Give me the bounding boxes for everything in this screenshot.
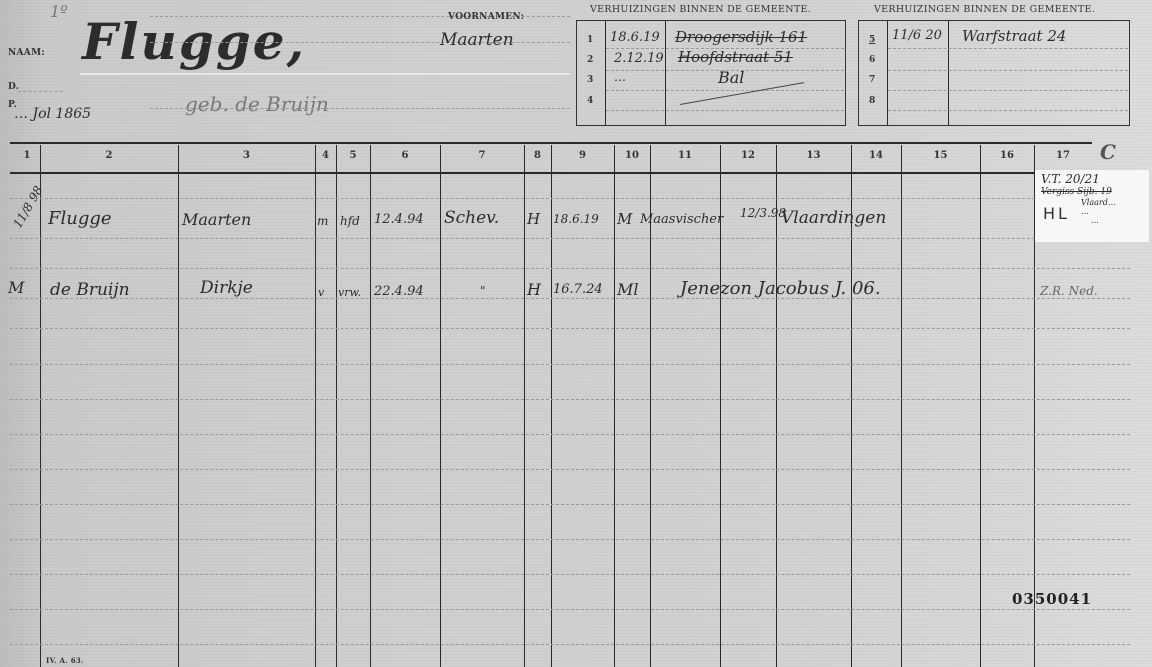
rule	[10, 298, 1130, 299]
col-line	[336, 145, 337, 667]
rule	[888, 110, 1128, 111]
hl-stamp: HL	[1043, 204, 1070, 223]
col-header: 11	[650, 150, 720, 161]
rule	[10, 399, 1130, 400]
rule	[10, 644, 1130, 645]
cell-c8: H	[527, 210, 540, 228]
col-header: 3	[178, 150, 315, 161]
moves-right-title: VERHUIZINGEN BINNEN DE GEMEENTE.	[874, 4, 1095, 15]
cell-c12: 12/3.98	[740, 206, 786, 220]
move-row-num: 4	[587, 96, 593, 106]
move-row-num: 7	[869, 75, 875, 85]
rule	[10, 539, 1130, 540]
cell-c7: "	[480, 284, 486, 298]
rule	[150, 108, 570, 109]
move-row-num: 3	[587, 75, 593, 85]
rule	[10, 609, 1130, 610]
cell-c17: Z.R. Ned.	[1040, 284, 1098, 298]
annotation-line: Vlaard…	[1081, 198, 1116, 207]
cell-c3: Dirkje	[200, 278, 253, 298]
col-header: 5	[336, 150, 370, 161]
move-date: 18.6.19	[610, 30, 660, 45]
table-top-rule	[10, 142, 1092, 144]
move-address: Droogersdijk 161	[675, 28, 807, 46]
col-header: 1	[14, 150, 40, 161]
cell-c4: m	[317, 214, 328, 228]
col-header: 8	[524, 150, 551, 161]
rule	[10, 238, 1130, 239]
cell-c2: de Bruijn	[50, 280, 130, 300]
cell-c1: M	[8, 278, 24, 297]
col-line	[440, 145, 441, 667]
col-header: 9	[551, 150, 614, 161]
cell-c6: 12.4.94	[374, 212, 424, 227]
col-header: 13	[776, 150, 851, 161]
rule	[888, 70, 1128, 71]
cell-c7: Schev.	[444, 208, 499, 228]
rule	[888, 48, 1128, 49]
cell-c2: Flugge	[48, 208, 112, 229]
rule	[606, 90, 844, 91]
col-header: 2	[40, 150, 178, 161]
rule	[10, 364, 1130, 365]
cell-c5: hfd	[340, 214, 360, 228]
col-header: 17	[1034, 150, 1092, 161]
move-row-num: 6	[869, 55, 875, 65]
voornamen-label: VOORNAMEN:	[448, 12, 524, 22]
move-address: Warfstraat 24	[962, 27, 1066, 45]
cell-c11: Maasvischer	[640, 212, 723, 227]
d-rule	[18, 91, 63, 92]
move-row-num: 2	[587, 55, 593, 65]
cell-c10: M	[617, 210, 632, 228]
move-address: Bal	[718, 68, 744, 87]
moves-left-title: VERHUIZINGEN BINNEN DE GEMEENTE.	[590, 4, 811, 15]
col-header: 14	[851, 150, 901, 161]
cell-c13: Vlaardingen	[781, 208, 886, 228]
rule	[80, 73, 570, 75]
move-date: 11/6 20	[892, 28, 942, 43]
col-header: 7	[440, 150, 524, 161]
col-header: 6	[370, 150, 440, 161]
col-line	[524, 145, 525, 667]
col-line	[980, 145, 981, 667]
cell-c11: Jenezon Jacobus J. 06.	[680, 278, 881, 299]
registration-card: 1º NAAM: Flugge, D. P. … Jol 1865 geb. d…	[0, 0, 1152, 667]
maiden-note: geb. de Bruijn	[185, 92, 329, 116]
annotation-line: Vergiss Sijb. 19	[1041, 187, 1112, 197]
p-value: … Jol 1865	[14, 106, 91, 122]
rule	[10, 434, 1130, 435]
move-date: 2.12.19	[614, 51, 664, 66]
col-line	[614, 145, 615, 667]
col-line	[370, 145, 371, 667]
rule	[10, 574, 1130, 575]
header-bottom-rule	[10, 172, 1120, 174]
move-address: Hoofdstraat 51	[678, 48, 793, 66]
rule	[10, 198, 1130, 199]
move-row-num: 1	[587, 35, 593, 45]
naam-label: NAAM:	[8, 48, 45, 58]
annotation-patch: V.T. 20/21 Vergiss Sijb. 19 Vlaard… … … …	[1035, 170, 1149, 242]
cell-c4: v	[318, 286, 324, 299]
col-line	[315, 145, 316, 667]
cell-c8: H	[527, 280, 541, 299]
rule	[606, 110, 844, 111]
corner-mark: C	[1100, 140, 1116, 164]
col-line	[40, 145, 41, 667]
form-code: IV. A. 63.	[46, 656, 84, 665]
cell-c5: vrw.	[338, 286, 361, 299]
serial-number: 0350041	[1012, 590, 1092, 608]
top-mark: 1º	[50, 2, 68, 21]
rule	[10, 504, 1130, 505]
col-line	[901, 145, 902, 667]
col-header: 15	[901, 150, 980, 161]
cell-c10: Ml	[617, 280, 639, 299]
move-date: …	[614, 70, 626, 84]
col-header: 10	[614, 150, 650, 161]
cell-c9: 18.6.19	[553, 212, 599, 226]
col-line	[178, 145, 179, 667]
cell-c3: Maarten	[182, 210, 251, 229]
col-header: 12	[720, 150, 776, 161]
cell-c6: 22.4.94	[374, 284, 424, 299]
annotation-line: …	[1081, 207, 1089, 216]
rule	[888, 90, 1128, 91]
rule	[10, 268, 1130, 269]
col-header: 4	[315, 150, 336, 161]
voornamen-value: Maarten	[440, 30, 514, 50]
annotation-line: V.T. 20/21	[1041, 172, 1100, 186]
col-header: 16	[980, 150, 1034, 161]
cell-c9: 16.7.24	[553, 282, 603, 297]
rule	[10, 469, 1130, 470]
move-row-num: 8	[869, 96, 875, 106]
move-row-num: 5	[869, 35, 875, 45]
col-line	[551, 145, 552, 667]
col-line	[776, 145, 777, 667]
rule	[10, 328, 1130, 329]
annotation-line: …	[1091, 216, 1099, 225]
